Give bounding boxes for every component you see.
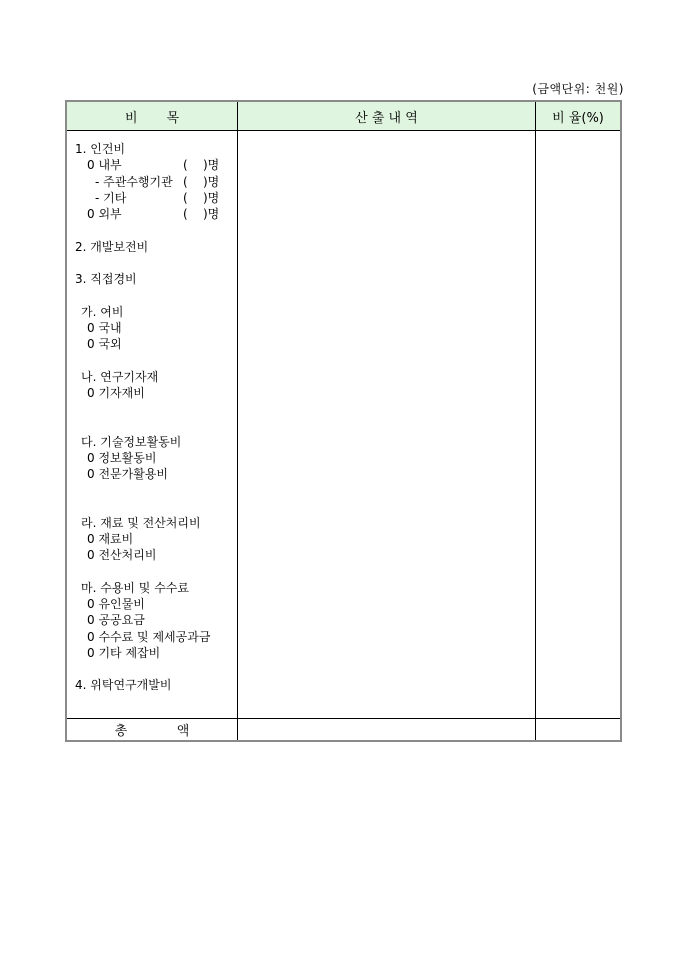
budget-item-text: 가. 여비	[81, 305, 123, 319]
headcount-paren: ( )명	[183, 157, 219, 173]
budget-item-line: 4. 위탁연구개발비	[67, 677, 237, 693]
budget-item-text: 1. 인건비	[75, 142, 125, 156]
budget-item-text: 0 유인물비	[87, 597, 145, 611]
budget-item-text: 0 전문가활용비	[87, 467, 168, 481]
budget-item-line: 라. 재료 및 전산처리비	[67, 515, 237, 531]
blank-line	[67, 661, 237, 677]
budget-item-text	[67, 662, 71, 676]
budget-item-text: 0 재료비	[87, 532, 133, 546]
total-label: 총 액	[67, 719, 238, 740]
headcount-paren: ( )명	[183, 174, 219, 190]
budget-item-line: 0 국내	[67, 320, 237, 336]
budget-item-line: 0 수수료 및 제세공과금	[67, 629, 237, 645]
budget-item-line: 0 국외	[67, 336, 237, 352]
headcount-paren: ( )명	[183, 190, 219, 206]
budget-item-text: 0 기자재비	[87, 386, 145, 400]
unit-note: (금액단위: 천원)	[532, 80, 624, 97]
total-ratio-cell	[536, 719, 620, 740]
budget-item-line: - 주관수행기관( )명	[67, 174, 237, 190]
budget-item-line: 2. 개발보전비	[67, 239, 237, 255]
budget-item-text: 0 외부	[87, 207, 122, 221]
header-ratio: 비 율(%)	[536, 102, 620, 131]
budget-item-text	[67, 483, 71, 497]
total-calculation-cell	[238, 719, 536, 740]
blank-line	[67, 482, 237, 498]
budget-item-line: 0 전산처리비	[67, 547, 237, 563]
budget-item-text	[67, 565, 71, 579]
budget-item-text: 2. 개발보전비	[75, 240, 148, 254]
budget-item-line: - 기타( )명	[67, 190, 237, 206]
budget-item-text: - 주관수행기관	[95, 175, 173, 189]
budget-item-line: 0 기타 제잡비	[67, 645, 237, 661]
ratio-cell	[536, 131, 620, 719]
budget-item-line: 0 기자재비	[67, 385, 237, 401]
budget-item-text	[67, 353, 71, 367]
budget-item-text: 0 국내	[87, 321, 122, 335]
budget-item-line: 0 재료비	[67, 531, 237, 547]
header-item: 비 목	[67, 102, 238, 131]
budget-item-text: 0 수수료 및 제세공과금	[87, 630, 210, 644]
budget-item-text: 4. 위탁연구개발비	[75, 678, 171, 692]
budget-item-line: 가. 여비	[67, 304, 237, 320]
budget-item-text: - 기타	[95, 191, 126, 205]
document-page: (금액단위: 천원) 비 목 산 출 내 역 비 율(%) 1. 인건비0 내부…	[0, 0, 680, 962]
budget-item-line: 3. 직접경비	[67, 271, 237, 287]
budget-item-text: 라. 재료 및 전산처리비	[81, 516, 201, 530]
budget-item-text	[67, 500, 71, 514]
budget-item-line: 0 공공요금	[67, 612, 237, 628]
item-lines: 1. 인건비0 내부( )명- 주관수행기관( )명- 기타( )명0 외부( …	[67, 141, 237, 694]
budget-item-line: 1. 인건비	[67, 141, 237, 157]
calculation-cell	[238, 131, 536, 719]
item-list-cell: 1. 인건비0 내부( )명- 주관수행기관( )명- 기타( )명0 외부( …	[67, 131, 238, 719]
budget-item-line: 마. 수용비 및 수수료	[67, 580, 237, 596]
budget-item-text: 0 국외	[87, 337, 122, 351]
blank-line	[67, 401, 237, 417]
budget-item-text: 0 내부	[87, 158, 122, 172]
budget-item-line: 0 유인물비	[67, 596, 237, 612]
blank-line	[67, 287, 237, 303]
headcount-paren: ( )명	[183, 206, 219, 222]
budget-item-line: 0 내부( )명	[67, 157, 237, 173]
blank-line	[67, 352, 237, 368]
budget-item-line: 0 외부( )명	[67, 206, 237, 222]
budget-item-line: 0 정보활동비	[67, 450, 237, 466]
budget-item-text	[67, 402, 71, 416]
budget-item-line: 0 전문가활용비	[67, 466, 237, 482]
budget-item-text: 0 전산처리비	[87, 548, 156, 562]
budget-item-line: 나. 연구기자재	[67, 369, 237, 385]
budget-item-text: 0 공공요금	[87, 613, 145, 627]
blank-line	[67, 222, 237, 238]
budget-item-text: 0 기타 제잡비	[87, 646, 160, 660]
budget-item-text: 3. 직접경비	[75, 272, 137, 286]
budget-item-text	[67, 288, 71, 302]
budget-item-line: 다. 기술정보활동비	[67, 434, 237, 450]
blank-line	[67, 564, 237, 580]
header-calculation: 산 출 내 역	[238, 102, 536, 131]
budget-item-text	[67, 223, 71, 237]
budget-item-text: 0 정보활동비	[87, 451, 156, 465]
budget-item-text: 다. 기술정보활동비	[81, 435, 181, 449]
budget-table: 비 목 산 출 내 역 비 율(%) 1. 인건비0 내부( )명- 주관수행기…	[65, 100, 622, 742]
budget-item-text	[67, 418, 71, 432]
budget-item-text: 나. 연구기자재	[81, 370, 158, 384]
blank-line	[67, 499, 237, 515]
budget-item-text: 마. 수용비 및 수수료	[81, 581, 189, 595]
budget-item-text	[67, 256, 71, 270]
blank-line	[67, 417, 237, 433]
blank-line	[67, 255, 237, 271]
